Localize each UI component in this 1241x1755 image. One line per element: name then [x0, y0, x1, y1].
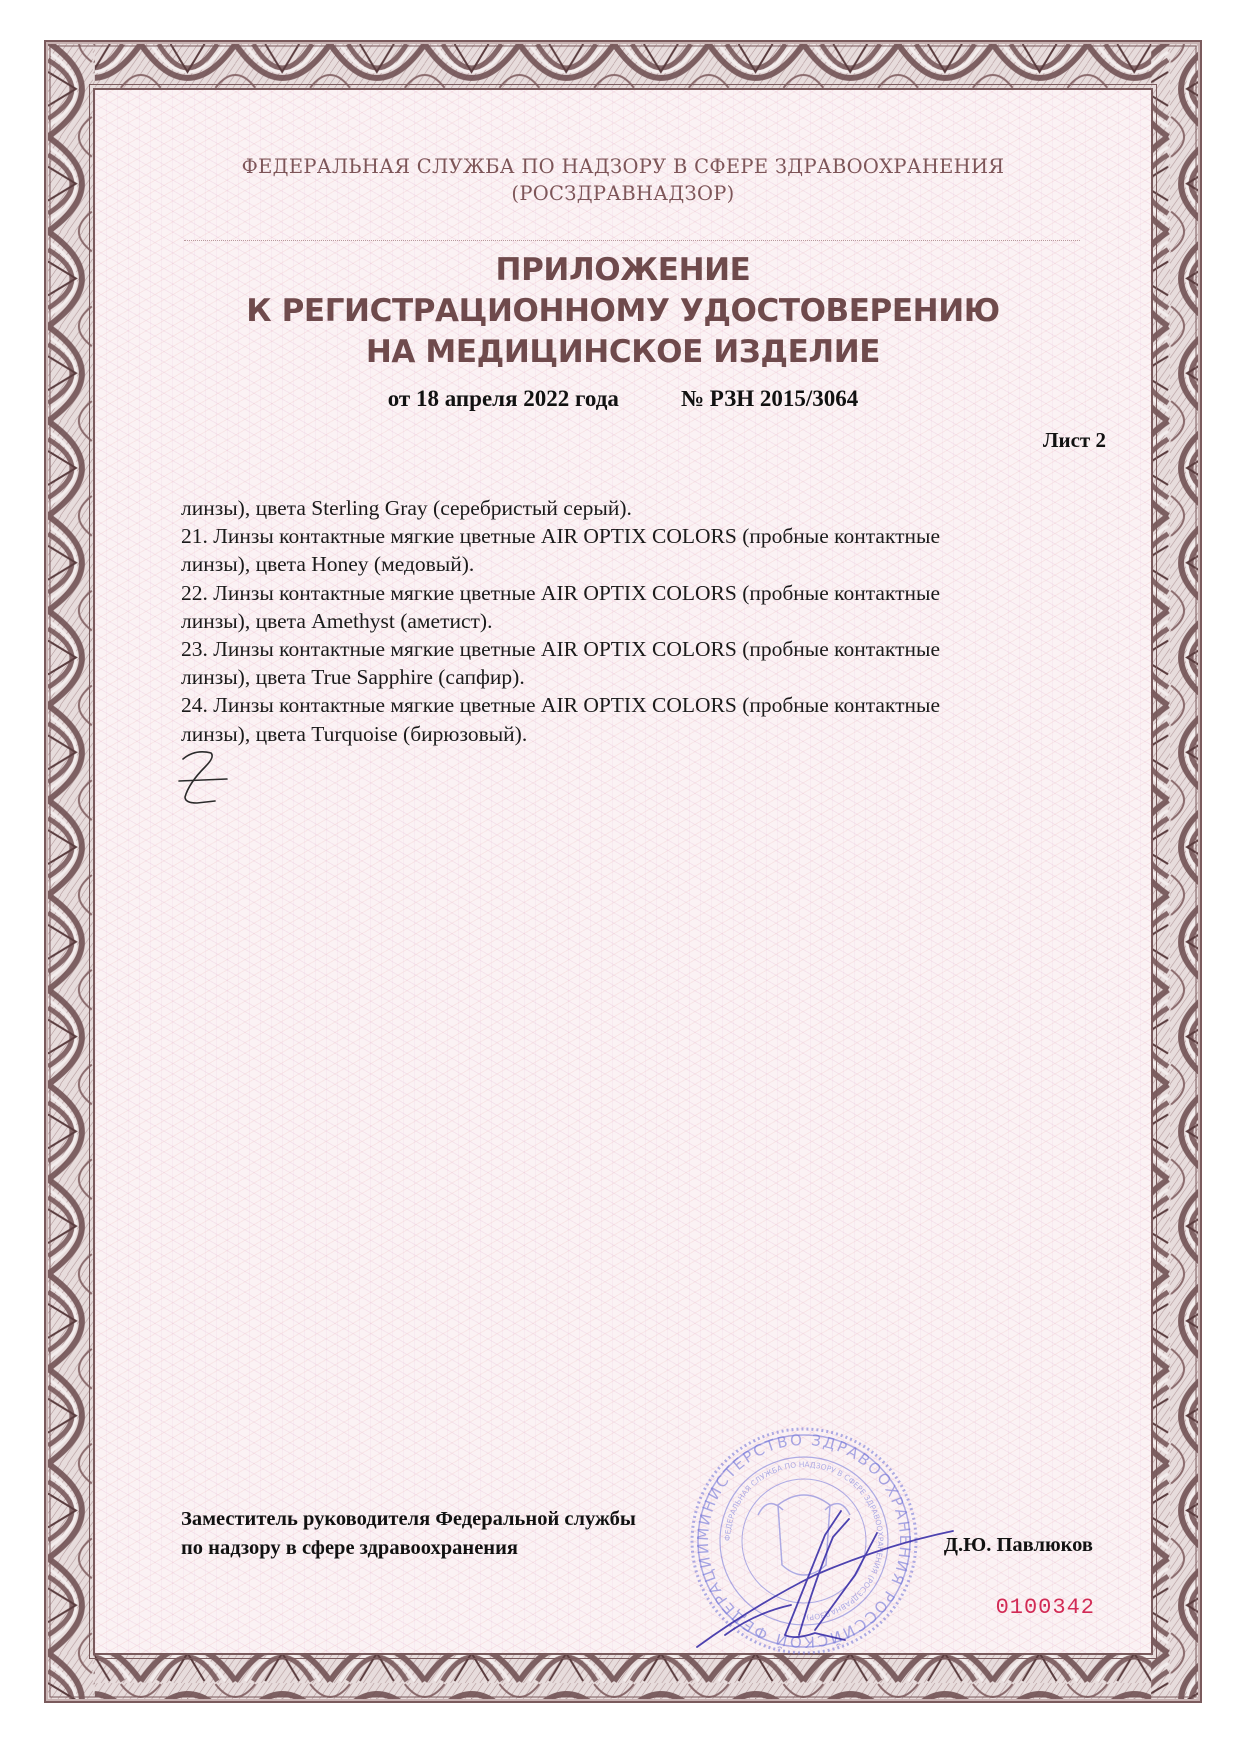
title-line-2: К РЕГИСТРАЦИОННОМУ УДОСТОВЕРЕНИЮ: [95, 291, 1151, 332]
serial-number: 0100342: [996, 1595, 1095, 1620]
list-line: 22. Линзы контактные мягкие цветные AIR …: [181, 579, 1081, 607]
header-divider: [184, 240, 1080, 241]
list-line: 23. Линзы контактные мягкие цветные AIR …: [181, 635, 1081, 663]
document-body: ФЕДЕРАЛЬНАЯ СЛУЖБА ПО НАДЗОРУ В СФЕРЕ ЗД…: [93, 88, 1153, 1655]
list-line: линзы), цвета Turquoise (бирюзовый).: [181, 720, 1081, 748]
signer-name: Д.Ю. Павлюков: [944, 1534, 1093, 1557]
document-number: № РЗН 2015/3064: [681, 386, 858, 411]
document-title: ПРИЛОЖЕНИЕ К РЕГИСТРАЦИОННОМУ УДОСТОВЕРЕ…: [95, 250, 1151, 373]
list-line: 24. Линзы контактные мягкие цветные AIR …: [181, 691, 1081, 719]
signer-title-line-1: Заместитель руководителя Федеральной слу…: [181, 1505, 636, 1534]
agency-abbreviation: (РОСЗДРАВНАДЗОР): [95, 180, 1151, 207]
signer-title-line-2: по надзору в сфере здравоохранения: [181, 1534, 636, 1563]
document-reference: от 18 апреля 2022 года№ РЗН 2015/3064: [95, 386, 1151, 412]
sheet-number: Лист 2: [1043, 428, 1106, 453]
agency-header: ФЕДЕРАЛЬНАЯ СЛУЖБА ПО НАДЗОРУ В СФЕРЕ ЗД…: [95, 153, 1151, 207]
list-line: 21. Линзы контактные мягкие цветные AIR …: [181, 522, 1081, 550]
list-line: линзы), цвета True Sapphire (сапфир).: [181, 663, 1081, 691]
handwritten-z-mark-icon: [175, 745, 235, 810]
signature-icon: [695, 1435, 955, 1650]
signer-title: Заместитель руководителя Федеральной слу…: [181, 1505, 636, 1563]
list-line: линзы), цвета Sterling Gray (серебристый…: [181, 494, 1081, 522]
agency-name: ФЕДЕРАЛЬНАЯ СЛУЖБА ПО НАДЗОРУ В СФЕРЕ ЗД…: [95, 153, 1151, 180]
list-line: линзы), цвета Amethyst (аметист).: [181, 607, 1081, 635]
device-list: линзы), цвета Sterling Gray (серебристый…: [181, 494, 1081, 748]
title-line-3: НА МЕДИЦИНСКОЕ ИЗДЕЛИЕ: [95, 332, 1151, 373]
document-date: от 18 апреля 2022 года: [388, 386, 619, 411]
list-line: линзы), цвета Honey (медовый).: [181, 550, 1081, 578]
title-line-1: ПРИЛОЖЕНИЕ: [95, 250, 1151, 291]
